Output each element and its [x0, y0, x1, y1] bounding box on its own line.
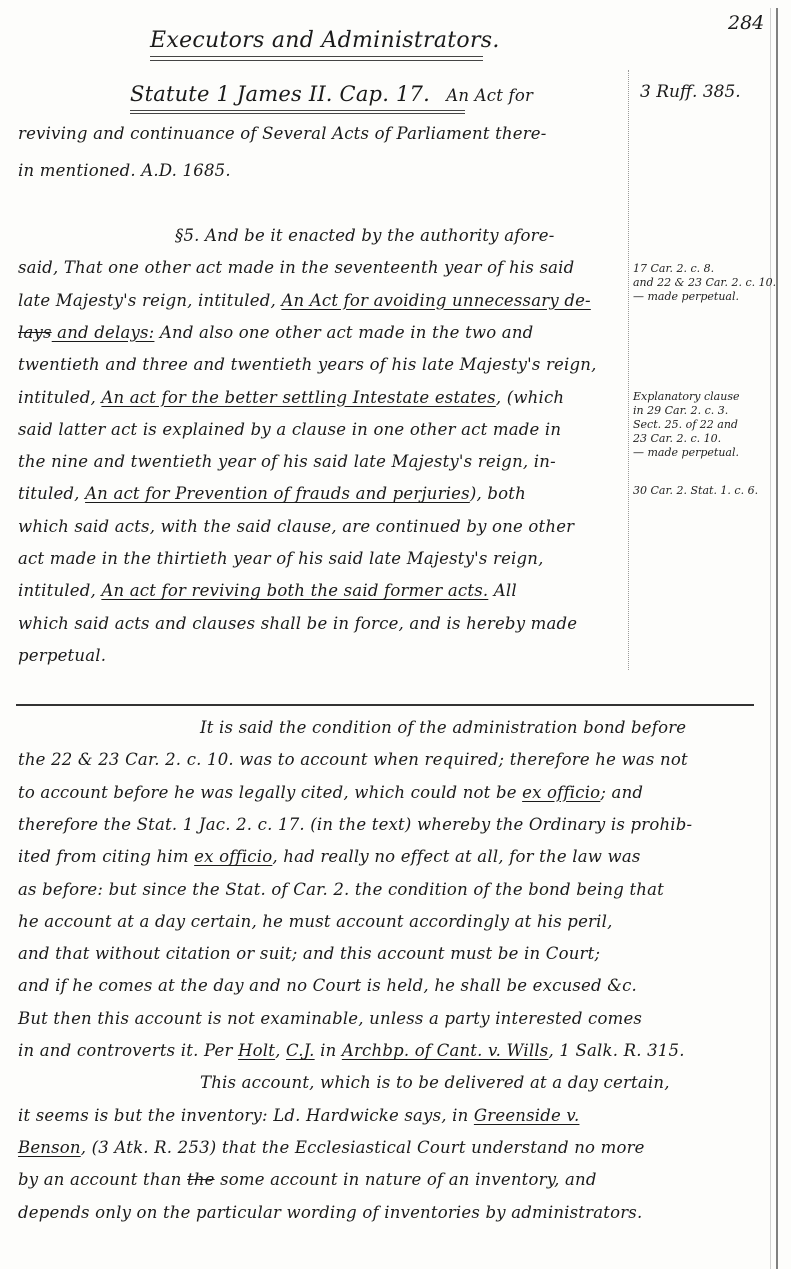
text-run: It is said the condition of the administ… [200, 718, 686, 737]
text-run: ited from citing him [18, 847, 194, 866]
section-5-line: intituled, An act for reviving both the … [18, 581, 517, 600]
statute-line: in mentioned. A.D. 1685. [18, 161, 231, 180]
section-5-line: said latter act is explained by a clause… [18, 420, 561, 439]
margin-reference: 3 Ruff. 385. [640, 82, 741, 102]
text-run: All [488, 581, 517, 600]
text-run: perpetual. [18, 646, 106, 665]
section-5-line: late Majesty's reign, intituled, An Act … [18, 291, 591, 310]
text-run: , (which [496, 388, 564, 407]
text-run: depends only on the particular wording o… [18, 1203, 642, 1222]
text-run: said latter act is explained by a clause… [18, 420, 561, 439]
text-run: as before: but since the Stat. of Car. 2… [18, 880, 664, 899]
section-5-line: §5. And be it enacted by the authority a… [175, 226, 555, 245]
text-run: the 22 & 23 Car. 2. c. 10. was to accoun… [18, 750, 688, 769]
text-run: in and controverts it. Per [18, 1041, 238, 1060]
text-run: it seems is but the inventory: Ld. Hardw… [18, 1106, 474, 1125]
underlined-citation: Greenside v. [474, 1106, 580, 1125]
section-5-line: the nine and twentieth year of his said … [18, 452, 556, 471]
commentary-line: it seems is but the inventory: Ld. Hardw… [18, 1106, 579, 1125]
text-run: to account before he was legally cited, … [18, 783, 522, 802]
section-5-line: tituled, An act for Prevention of frauds… [18, 484, 526, 503]
commentary-line: depends only on the particular wording o… [18, 1203, 642, 1222]
page-heading: Executors and Administrators. [150, 28, 500, 53]
text-run: intituled, [18, 581, 101, 600]
margin-note: Explanatory clausein 29 Car. 2. c. 3.Sec… [633, 390, 739, 460]
margin-note-line: 23 Car. 2. c. 10. [633, 432, 739, 446]
section-5-line: intituled, An act for the better settlin… [18, 388, 564, 407]
text-run: which said acts and clauses shall be in … [18, 614, 577, 633]
text-run: tituled, [18, 484, 85, 503]
text-run: intituled, [18, 388, 101, 407]
underlined-citation: ex officio [522, 783, 600, 802]
commentary-line: But then this account is not examinable,… [18, 1009, 642, 1028]
margin-note-line: in 29 Car. 2. c. 3. [633, 404, 739, 418]
text-run: late Majesty's reign, intituled, [18, 291, 281, 310]
underlined-citation: ex officio [194, 847, 272, 866]
statute-title-line: Statute 1 James II. Cap. 17. An Act for [130, 82, 533, 106]
underlined-citation: Holt [238, 1041, 275, 1060]
text-run: And also one other act made in the two a… [154, 323, 533, 342]
section-5-line: act made in the thirtieth year of his sa… [18, 549, 544, 568]
text-run: said, That one other act made in the sev… [18, 258, 574, 277]
text-run: , [275, 1041, 286, 1060]
text-run: reviving and continuance of Several Acts… [18, 124, 547, 143]
commentary-line: the 22 & 23 Car. 2. c. 10. was to accoun… [18, 750, 688, 769]
section-5-line: lays and delays: And also one other act … [18, 323, 533, 342]
section-5-line: perpetual. [18, 646, 106, 665]
margin-note-line: Explanatory clause [633, 390, 739, 404]
text-run: ), both [470, 484, 526, 503]
section-5-line: which said acts, with the said clause, a… [18, 517, 574, 536]
section-5-line: which said acts and clauses shall be in … [18, 614, 577, 633]
commentary-line: and if he comes at the day and no Court … [18, 976, 637, 995]
margin-column-rule [628, 70, 629, 670]
statute-title-tail: An Act for [446, 86, 533, 105]
commentary-line: and that without citation or suit; and t… [18, 944, 600, 963]
statute-title: Statute 1 James II. Cap. 17. [130, 82, 430, 106]
text-run: the nine and twentieth year of his said … [18, 452, 556, 471]
text-run: , had really no effect at all, for the l… [272, 847, 640, 866]
commentary-line: ited from citing him ex officio, had rea… [18, 847, 641, 866]
text-run: by an account than [18, 1170, 187, 1189]
margin-note: 30 Car. 2. Stat. 1. c. 6. [633, 484, 758, 498]
text-run: , (3 Atk. R. 253) that the Ecclesiastica… [81, 1138, 645, 1157]
underlined-citation: An Act for avoiding unnecessary de- [281, 291, 590, 310]
underlined-citation: An act for Prevention of frauds and perj… [85, 484, 470, 503]
text-run: which said acts, with the said clause, a… [18, 517, 574, 536]
text-run: therefore the Stat. 1 Jac. 2. c. 17. (in… [18, 815, 692, 834]
text-run: he account at a day certain, he must acc… [18, 912, 613, 931]
commentary-line: he account at a day certain, he must acc… [18, 912, 613, 931]
text-run: in mentioned. A.D. 1685. [18, 161, 231, 180]
commentary-line: Benson, (3 Atk. R. 253) that the Ecclesi… [18, 1138, 645, 1157]
text-run: act made in the thirtieth year of his sa… [18, 549, 544, 568]
underlined-citation: and delays: [52, 323, 155, 342]
section-divider [16, 704, 754, 706]
underlined-citation: Archbp. of Cant. v. Wills [342, 1041, 549, 1060]
margin-note-line: and 22 & 23 Car. 2. c. 10. [633, 276, 776, 290]
text-run: some account in nature of an inventory, … [215, 1170, 597, 1189]
section-5-line: said, That one other act made in the sev… [18, 258, 574, 277]
margin-note-line: 30 Car. 2. Stat. 1. c. 6. [633, 484, 758, 498]
commentary-line: It is said the condition of the administ… [200, 718, 686, 737]
margin-note: 17 Car. 2. c. 8.and 22 & 23 Car. 2. c. 1… [633, 262, 776, 304]
margin-note-line: — made perpetual. [633, 290, 776, 304]
commentary-line: therefore the Stat. 1 Jac. 2. c. 17. (in… [18, 815, 692, 834]
page-number: 284 [728, 12, 764, 34]
text-run: §5. And be it enacted by the authority a… [175, 226, 555, 245]
text-run: This account, which is to be delivered a… [200, 1073, 670, 1092]
commentary-line: as before: but since the Stat. of Car. 2… [18, 880, 664, 899]
manuscript-page: 284 Executors and Administrators. Statut… [0, 0, 791, 1269]
margin-note-line: 17 Car. 2. c. 8. [633, 262, 776, 276]
text-run: But then this account is not examinable,… [18, 1009, 642, 1028]
text-run: twentieth and three and twentieth years … [18, 355, 597, 374]
statute-line: reviving and continuance of Several Acts… [18, 124, 547, 143]
margin-note-line: — made perpetual. [633, 446, 739, 460]
margin-note-line: Sect. 25. of 22 and [633, 418, 739, 432]
commentary-line: in and controverts it. Per Holt, C.J. in… [18, 1041, 685, 1060]
commentary-line: This account, which is to be delivered a… [200, 1073, 670, 1092]
section-5-line: twentieth and three and twentieth years … [18, 355, 597, 374]
statute-underline [130, 110, 465, 114]
commentary-line: to account before he was legally cited, … [18, 783, 643, 802]
underlined-citation: Benson [18, 1138, 81, 1157]
text-run: ; and [600, 783, 643, 802]
heading-underline [150, 56, 483, 61]
text-run: the [187, 1170, 215, 1189]
page-edge-rule-faint [770, 8, 771, 1269]
commentary-line: by an account than the some account in n… [18, 1170, 597, 1189]
text-run: and if he comes at the day and no Court … [18, 976, 637, 995]
underlined-citation: lays [18, 323, 52, 342]
underlined-citation: An act for the better settling Intestate… [101, 388, 495, 407]
underlined-citation: C.J. [286, 1041, 315, 1060]
text-run: and that without citation or suit; and t… [18, 944, 600, 963]
underlined-citation: An act for reviving both the said former… [101, 581, 488, 600]
page-edge-rule [776, 8, 778, 1269]
text-run: , 1 Salk. R. 315. [548, 1041, 684, 1060]
text-run: in [315, 1041, 342, 1060]
